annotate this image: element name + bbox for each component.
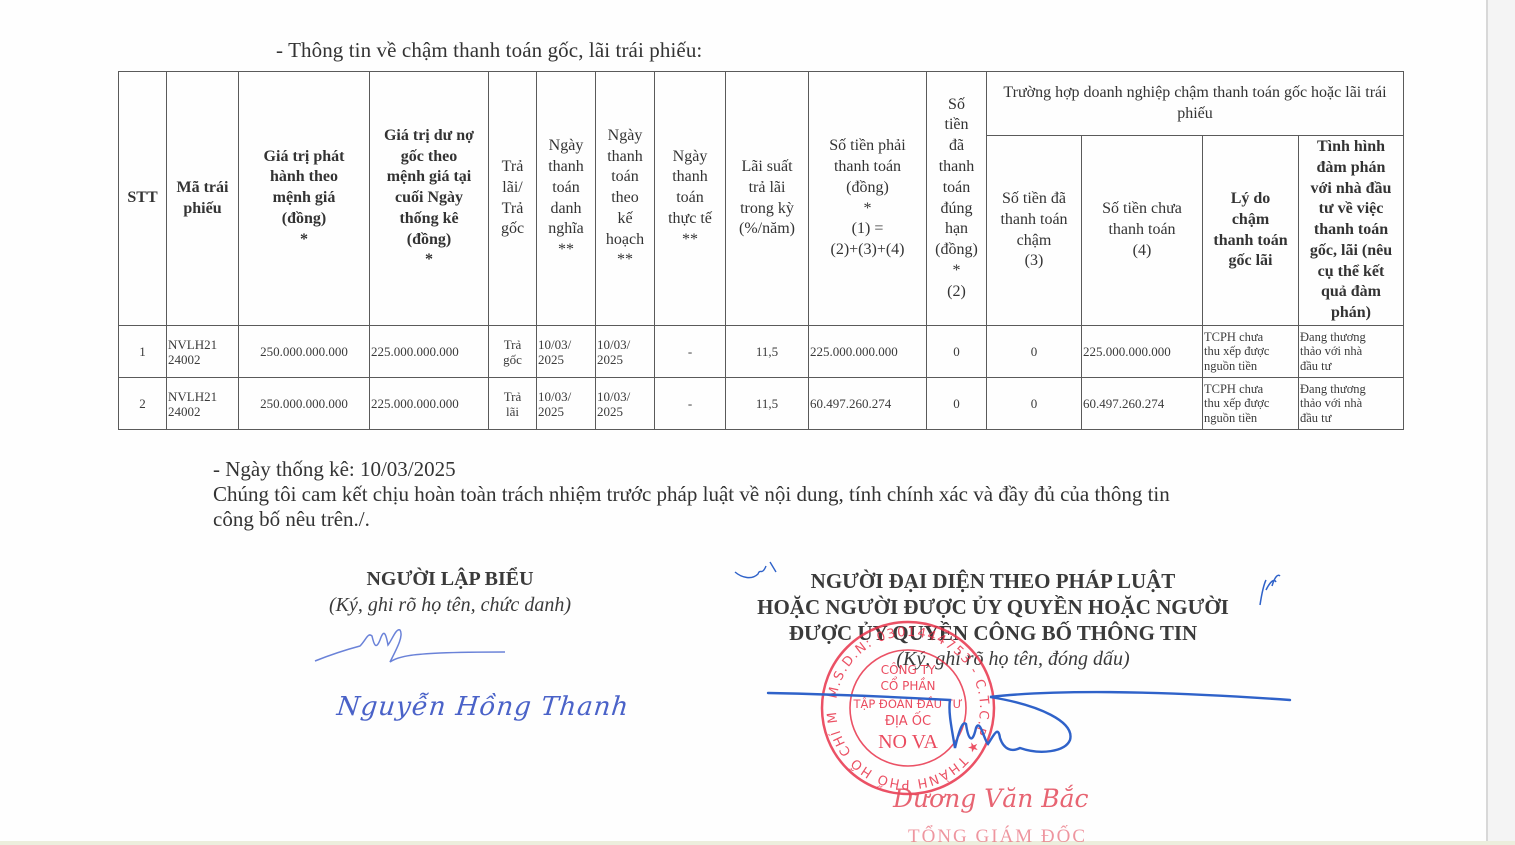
cell-bond-code: NVLH2124002 [167,378,239,430]
header-payment-type: Trảlãi/Trảgốc [489,72,537,326]
cell-planned-date: 10/03/2025 [596,326,655,378]
header-stt: STT [119,72,167,326]
header-amount-due: Số tiền phảithanh toán(đồng)*(1) =(2)+(3… [809,72,927,326]
cell-payment-type: Trảgốc [489,326,537,378]
representative-title-line-1: NGƯỜI ĐẠI DIỆN THEO PHÁP LUẬT [718,568,1268,594]
table-row: 1 NVLH2124002 250.000.000.000 225.000.00… [119,326,1404,378]
representative-title-line-2: HOẶC NGƯỜI ĐƯỢC ỦY QUYỀN HOẶC NGƯỜI [718,594,1268,620]
cell-actual-date: - [655,378,726,430]
cell-paid-late: 0 [987,378,1082,430]
header-late-reason: Lý dochậmthanh toángốc lãi [1203,136,1299,326]
cell-late-reason: TCPH chưathu xếp đượcnguồn tiền [1203,378,1299,430]
header-planned-date: Ngàythanhtoántheokếhoạch** [596,72,655,326]
cell-issue-value: 250.000.000.000 [239,326,370,378]
cell-unpaid: 60.497.260.274 [1082,378,1203,430]
header-outstanding-principal: Giá trị dư nợgốc theomệnh giá tạicuối Ng… [370,72,489,326]
footer-text: - Ngày thống kê: 10/03/2025 Chúng tôi ca… [213,457,1313,532]
cell-planned-date: 10/03/2025 [596,378,655,430]
header-late-payment-group: Trường hợp doanh nghiệp chậm thanh toán … [987,72,1404,136]
header-paid-late: Số tiền đãthanh toánchậm(3) [987,136,1082,326]
cell-outstanding-principal: 225.000.000.000 [370,378,489,430]
cell-interest-rate: 11,5 [726,326,809,378]
svg-text:CÔNG TY: CÔNG TY [881,662,936,677]
svg-text:ĐỊA ỐC: ĐỊA ỐC [885,712,931,729]
header-negotiation-status: Tình hìnhđàm phánvới nhà đầutư về việcth… [1299,136,1404,326]
cell-negotiation-status: Đang thươngthảo với nhàđầu tư [1299,326,1404,378]
representative-name: Dương Văn Bắc [893,784,1089,813]
header-actual-date: Ngàythanhtoánthực tế** [655,72,726,326]
cell-nominal-date: 10/03/2025 [537,378,596,430]
header-bond-code: Mã tráiphiếu [167,72,239,326]
header-unpaid: Số tiền chưathanh toán(4) [1082,136,1203,326]
commitment-statement-end: công bố nêu trên./. [213,507,1313,532]
cell-paid-late: 0 [987,326,1082,378]
cell-payment-type: Trảlãi [489,378,537,430]
cell-outstanding-principal: 225.000.000.000 [370,326,489,378]
preparer-handwritten-name: Nguyễn Hồng Thanh [335,692,630,722]
preparer-signature-block: NGƯỜI LẬP BIỂU (Ký, ghi rõ họ tên, chức … [300,566,600,618]
commitment-statement: Chúng tôi cam kết chịu hoàn toàn trách n… [213,482,1313,507]
header-nominal-date: Ngàythanhtoándanhnghĩa** [537,72,596,326]
svg-text:NO VA: NO VA [878,731,938,753]
bond-late-payment-table: STT Mã tráiphiếu Giá trị pháthành theomệ… [118,71,1404,430]
cell-issue-value: 250.000.000.000 [239,378,370,430]
cell-stt: 2 [119,378,167,430]
preparer-subtitle: (Ký, ghi rõ họ tên, chức danh) [300,592,600,618]
cell-nominal-date: 10/03/2025 [537,326,596,378]
cell-actual-date: - [655,326,726,378]
section-title: - Thông tin về chậm thanh toán gốc, lãi … [276,38,702,63]
page-right-margin [1486,0,1515,845]
cell-amount-due: 60.497.260.274 [809,378,927,430]
cell-stt: 1 [119,326,167,378]
representative-position: TỔNG GIÁM ĐỐC [908,826,1087,845]
page-bottom-edge [0,841,1515,845]
company-seal-icon: M.S.D.N: 0301444753 - C.T.C.P ★ THÀNH PH… [818,618,998,798]
cell-interest-rate: 11,5 [726,378,809,430]
header-issue-value: Giá trị pháthành theomệnh giá(đồng)* [239,72,370,326]
cell-paid-on-time: 0 [927,326,987,378]
header-paid-on-time: Sốtiềnđãthanhtoánđúnghạn(đồng)*(2) [927,72,987,326]
svg-text:CỔ PHẦN: CỔ PHẦN [880,677,935,693]
table-row: 2 NVLH2124002 250.000.000.000 225.000.00… [119,378,1404,430]
cell-bond-code: NVLH2124002 [167,326,239,378]
cell-late-reason: TCPH chưathu xếp đượcnguồn tiền [1203,326,1299,378]
preparer-title: NGƯỜI LẬP BIỂU [300,566,600,592]
header-interest-rate: Lãi suấttrả lãitrong kỳ(%/năm) [726,72,809,326]
cell-negotiation-status: Đang thươngthảo với nhàđầu tư [1299,378,1404,430]
cell-unpaid: 225.000.000.000 [1082,326,1203,378]
statistics-date: - Ngày thống kê: 10/03/2025 [213,457,1313,482]
cell-paid-on-time: 0 [927,378,987,430]
cell-amount-due: 225.000.000.000 [809,326,927,378]
preparer-signature-icon [315,630,505,662]
svg-text:TẬP ĐOÀN ĐẦU TƯ: TẬP ĐOÀN ĐẦU TƯ [852,695,962,711]
